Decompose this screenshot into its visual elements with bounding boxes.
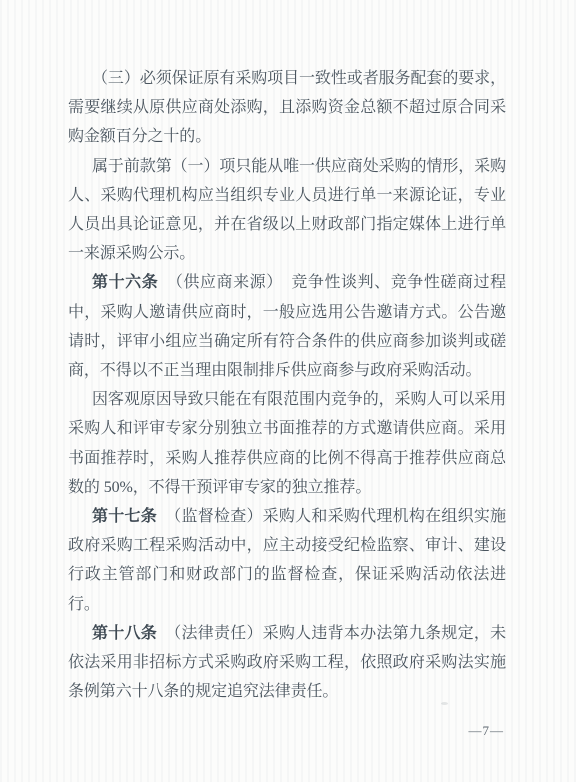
article-number: 第十七条: [92, 508, 157, 525]
document-body: （三）必须保证原有采购项目一致性或者服务配套的要求，需要继续从原供应商处添购，且…: [68, 64, 506, 706]
article-number: 第十八条: [92, 625, 157, 642]
limited-competition-para: 因客观原因导致只能在有限范围内竞争的，采购人可以采用采购人和评审专家分别独立书面…: [68, 385, 506, 502]
paragraph-text: （三）必须保证原有采购项目一致性或者服务配套的要求，需要继续从原供应商处添购，且…: [68, 70, 506, 145]
page-number: —7—: [469, 723, 505, 739]
article-number: 第十六条: [92, 274, 158, 291]
sole-source-review-para: 属于前款第（一）项只能从唯一供应商处采购的情形，采购人、采购代理机构应当组织专业…: [68, 152, 506, 269]
scanned-document-page: （三）必须保证原有采购项目一致性或者服务配套的要求，需要继续从原供应商处添购，且…: [0, 0, 576, 782]
article-16: 第十六条 （供应商来源） 竞争性谈判、竞争性磋商过程中，采购人邀请供应商时，一般…: [68, 268, 506, 385]
clause-item-3: （三）必须保证原有采购项目一致性或者服务配套的要求，需要继续从原供应商处添购，且…: [68, 64, 506, 152]
paragraph-text: 属于前款第（一）项只能从唯一供应商处采购的情形，采购人、采购代理机构应当组织专业…: [68, 158, 506, 263]
article-18: 第十八条 （法律责任）采购人违背本办法第九条规定，未依法采用非招标方式采购政府采…: [68, 619, 506, 707]
article-17: 第十七条 （监督检查）采购人和采购代理机构在组织实施政府采购工程采购活动中，应主…: [68, 502, 506, 619]
scan-artifact: [441, 702, 448, 705]
paragraph-text: 因客观原因导致只能在有限范围内竞争的，采购人可以采用采购人和评审专家分别独立书面…: [68, 391, 506, 496]
